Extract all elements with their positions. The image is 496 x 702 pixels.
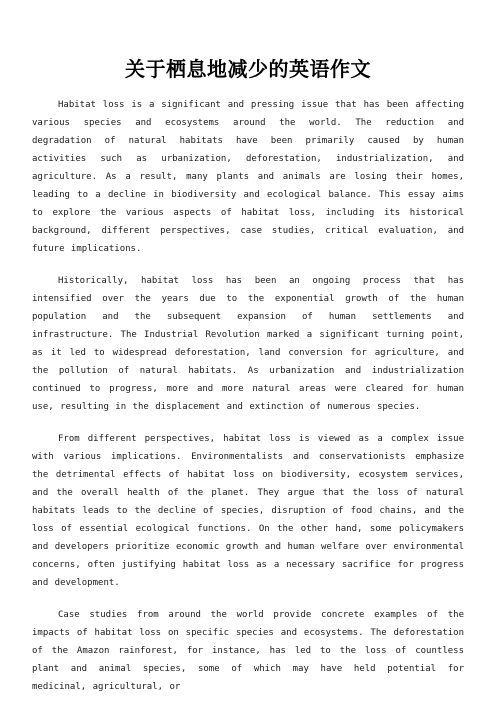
document-page: 关于栖息地减少的英语作文 Habitat loss is a significa…: [0, 0, 496, 702]
essay-paragraph: Historically, habitat loss has been an o…: [32, 272, 464, 416]
essay-paragraph: From different perspectives, habitat los…: [32, 430, 464, 592]
essay-paragraph: Habitat loss is a significant and pressi…: [32, 96, 464, 258]
essay-body: Habitat loss is a significant and pressi…: [32, 96, 464, 696]
document-title: 关于栖息地减少的英语作文: [32, 56, 464, 82]
essay-paragraph: Case studies from around the world provi…: [32, 606, 464, 696]
